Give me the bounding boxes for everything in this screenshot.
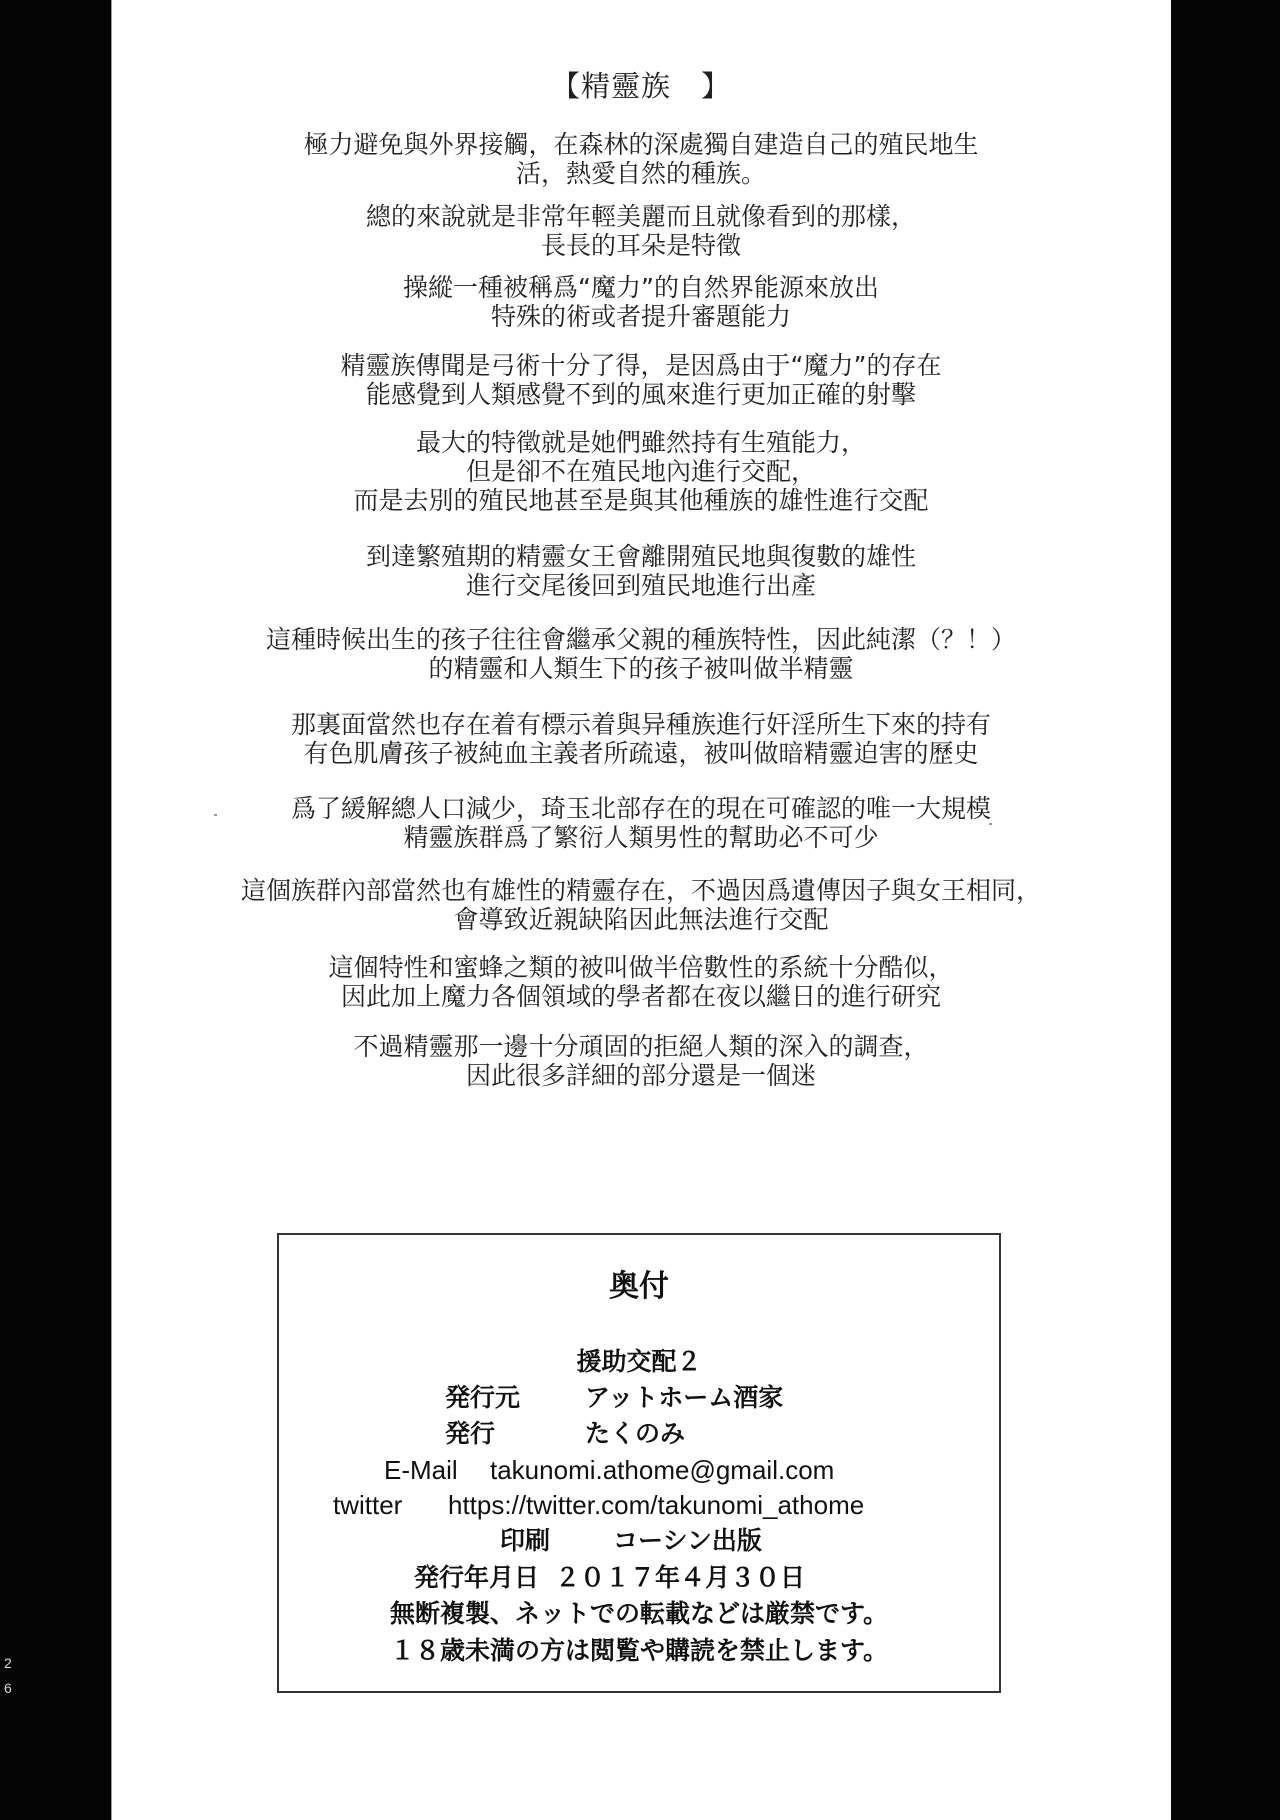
text-line: 長長的耳朵是特徵 — [111, 231, 1171, 260]
text-line: 到達繁殖期的精靈女王會離開殖民地與復數的雄性 — [111, 542, 1171, 571]
printer-value: コーシン出版 — [613, 1526, 762, 1556]
text-line: 精靈族群爲了繁衍人類男性的幫助必不可少 — [111, 823, 1171, 852]
text-line: 爲了緩解總人口減少，琦玉北部存在的現在可確認的唯一大規模 — [111, 794, 1171, 823]
text-line: 不過精靈那一邊十分頑固的拒絕人類的深入的調查， — [111, 1032, 1171, 1061]
paragraph: 這個特性和蜜蜂之類的被叫做半倍數性的系統十分酷似， 因此加上魔力各個領域的學者都… — [111, 953, 1171, 1011]
age-restriction-notice: １８歳未満の方は閲覧や購読を禁止します。 — [277, 1636, 1001, 1666]
text-line: 極力避免與外界接觸，在森林的深處獨自建造自己的殖民地生 — [111, 130, 1171, 159]
colophon-book-title: 援助交配２ — [277, 1347, 1001, 1377]
printer-label: 印刷 — [500, 1526, 550, 1556]
issuer-value: たくのみ — [585, 1419, 685, 1449]
publish-date-value: ２０１７年４月３０日 — [555, 1563, 805, 1593]
text-line: 進行交尾後回到殖民地進行出產 — [111, 571, 1171, 600]
text-line: 那裏面當然也存在着有標示着與异種族進行奸淫所生下來的持有 — [111, 710, 1171, 739]
twitter-label: twitter — [333, 1490, 402, 1520]
text-line: 活，熱愛自然的種族。 — [111, 159, 1171, 188]
copyright-notice: 無断複製、ネットでの転載などは厳禁です。 — [277, 1599, 1001, 1629]
text-line: 的精靈和人類生下的孩子被叫做半精靈 — [111, 654, 1171, 683]
paragraph: 到達繁殖期的精靈女王會離開殖民地與復數的雄性 進行交尾後回到殖民地進行出產 — [111, 542, 1171, 600]
email-value: takunomi.athome@gmail.com — [490, 1455, 834, 1485]
text-line: 這種時候出生的孩子往往會繼承父親的種族特性，因此純潔（？！） — [111, 625, 1171, 654]
publisher-value: アットホーム酒家 — [585, 1383, 783, 1413]
text-line: 而是去別的殖民地甚至是與其他種族的雄性進行交配 — [111, 486, 1171, 515]
paragraph: 操縱一種被稱爲“魔力”的自然界能源來放出 特殊的術或者提升審題能力 — [111, 273, 1171, 331]
text-line: 最大的特徵就是她們雖然持有生殖能力， — [111, 428, 1171, 457]
text-line: 會導致近親缺陷因此無法進行交配 — [111, 905, 1171, 934]
paragraph: 最大的特徵就是她們雖然持有生殖能力， 但是卻不在殖民地內進行交配， 而是去別的殖… — [111, 428, 1171, 515]
issuer-label: 発行 — [445, 1419, 495, 1449]
text-line: 但是卻不在殖民地內進行交配， — [111, 457, 1171, 486]
paragraph: 精靈族傳聞是弓術十分了得，是因爲由于“魔力”的存在 能感覺到人類感覺不到的風來進… — [111, 351, 1171, 409]
text-line: 精靈族傳聞是弓術十分了得，是因爲由于“魔力”的存在 — [111, 351, 1171, 380]
page-number-digit: 6 — [4, 1680, 16, 1696]
text-line: 因此很多詳細的部分還是一個迷 — [111, 1061, 1171, 1090]
colophon-heading: 奥付 — [277, 1270, 1001, 1304]
text-line: 特殊的術或者提升審題能力 — [111, 302, 1171, 331]
paragraph: 不過精靈那一邊十分頑固的拒絕人類的深入的調查， 因此很多詳細的部分還是一個迷 — [111, 1032, 1171, 1090]
paragraph: 總的來說就是非常年輕美麗而且就像看到的那樣， 長長的耳朵是特徵 — [111, 202, 1171, 260]
text-line: 有色肌膚孩子被純血主義者所疏遠，被叫做暗精靈迫害的歷史 — [111, 739, 1171, 768]
twitter-value: https://twitter.com/takunomi_athome — [448, 1490, 864, 1520]
paragraph: 那裏面當然也存在着有標示着與异種族進行奸淫所生下來的持有 有色肌膚孩子被純血主義… — [111, 710, 1171, 768]
publish-date-label: 発行年月日 — [414, 1563, 539, 1593]
paragraph: 這種時候出生的孩子往往會繼承父親的種族特性，因此純潔（？！） 的精靈和人類生下的… — [111, 625, 1171, 683]
text-line: 這個族群內部當然也有雄性的精靈存在，不過因爲遺傳因子與女王相同， — [111, 876, 1171, 905]
publisher-label: 発行元 — [445, 1383, 520, 1413]
page-number-digit: 2 — [4, 1655, 16, 1671]
text-line: 操縱一種被稱爲“魔力”的自然界能源來放出 — [111, 273, 1171, 302]
paragraph: 這個族群內部當然也有雄性的精靈存在，不過因爲遺傳因子與女王相同， 會導致近親缺陷… — [111, 876, 1171, 934]
text-line: 這個特性和蜜蜂之類的被叫做半倍數性的系統十分酷似， — [111, 953, 1171, 982]
text-line: 能感覺到人類感覺不到的風來進行更加正確的射擊 — [111, 380, 1171, 409]
article-title: 【精靈族 】 — [111, 70, 1171, 102]
email-label: E-Mail — [384, 1455, 458, 1485]
text-line: 因此加上魔力各個領域的學者都在夜以繼日的進行研究 — [111, 982, 1171, 1011]
article-section: 【精靈族 】 極力避免與外界接觸，在森林的深處獨自建造自己的殖民地生 活，熱愛自… — [111, 0, 1171, 1200]
paragraph: 極力避免與外界接觸，在森林的深處獨自建造自己的殖民地生 活，熱愛自然的種族。 — [111, 130, 1171, 188]
paragraph: 爲了緩解總人口減少，琦玉北部存在的現在可確認的唯一大規模 精靈族群爲了繁衍人類男… — [111, 794, 1171, 852]
text-line: 總的來說就是非常年輕美麗而且就像看到的那樣， — [111, 202, 1171, 231]
